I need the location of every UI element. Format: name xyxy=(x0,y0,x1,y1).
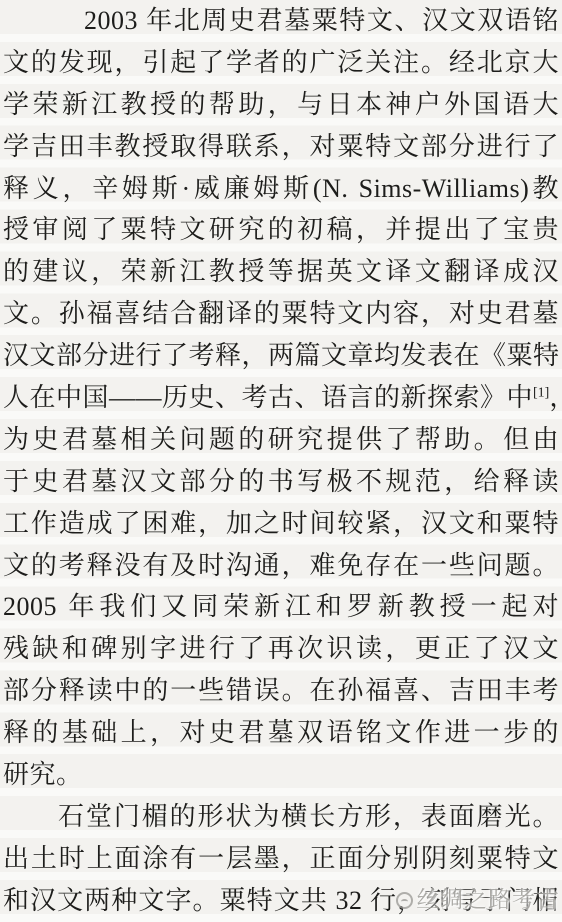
text-line: 研究。 xyxy=(0,754,562,796)
text-line: 为史君墓相关问题的研究提供了帮助。但由 xyxy=(0,419,562,461)
text-line: 残缺和碑别字进行了再次识读，更正了汉文 xyxy=(0,628,562,670)
text-line: 释的基础上，对史君墓双语铭文作进一步的 xyxy=(0,712,562,754)
text-line: 2003 年北周史君墓粟特文、汉文双语铭 xyxy=(0,0,562,42)
paragraph: 石堂门楣的形状为横长方形，表面磨光。 出土时上面涂有一层墨，正面分别阴刻粟特文 … xyxy=(0,796,562,922)
text-line: 释义，辛姆斯·威廉姆斯(N. Sims-Williams)教 xyxy=(0,168,562,210)
paragraph: 2003 年北周史君墓粟特文、汉文双语铭 文的发现，引起了学者的广泛关注。经北京… xyxy=(0,0,562,796)
text-line: 2005 年我们又同荣新江和罗新教授一起对 xyxy=(0,586,562,628)
footnote-marker: [1] xyxy=(533,385,549,400)
text-line: 石堂门楣的形状为横长方形，表面磨光。 xyxy=(0,796,562,838)
text-segment: ， xyxy=(549,383,562,412)
text-line: 部分释读中的一些错误。在孙福喜、吉田丰考 xyxy=(0,670,562,712)
text-segment: 人在中国——历史、考古、语言的新探索》中 xyxy=(3,383,533,412)
text-line: 学吉田丰教授取得联系，对粟特文部分进行了 xyxy=(0,126,562,168)
text-line: 文的发现，引起了学者的广泛关注。经北京大 xyxy=(0,42,562,84)
scanned-book-page: 2003 年北周史君墓粟特文、汉文双语铭 文的发现，引起了学者的广泛关注。经北京… xyxy=(0,0,562,922)
text-line: 授审阅了粟特文研究的初稿，并提出了宝贵 xyxy=(0,209,562,251)
body-text: 2003 年北周史君墓粟特文、汉文双语铭 文的发现，引起了学者的广泛关注。经北京… xyxy=(0,0,562,922)
text-line: 学荣新江教授的帮助，与日本神户外国语大 xyxy=(0,84,562,126)
text-line: 文的考释没有及时沟通，难免存在一些问题。 xyxy=(0,545,562,587)
text-line: 的建议，荣新江教授等据英文译文翻译成汉 xyxy=(0,251,562,293)
text-line: 工作造成了困难，加之时间较紧，汉文和粟特 xyxy=(0,503,562,545)
text-line: 汉文部分进行了考释，两篇文章均发表在《粟特 xyxy=(0,335,562,377)
text-line: 文。孙福喜结合翻译的粟特文内容，对史君墓 xyxy=(0,293,562,335)
text-line: 人在中国——历史、考古、语言的新探索》中[1]， xyxy=(0,377,562,419)
text-line: 于史君墓汉文部分的书写极不规范，给释读 xyxy=(0,461,562,503)
text-line: 和汉文两种文字。粟特文共 32 行，刻写于门楣 xyxy=(0,880,562,922)
text-line: 出土时上面涂有一层墨，正面分别阴刻粟特文 xyxy=(0,838,562,880)
